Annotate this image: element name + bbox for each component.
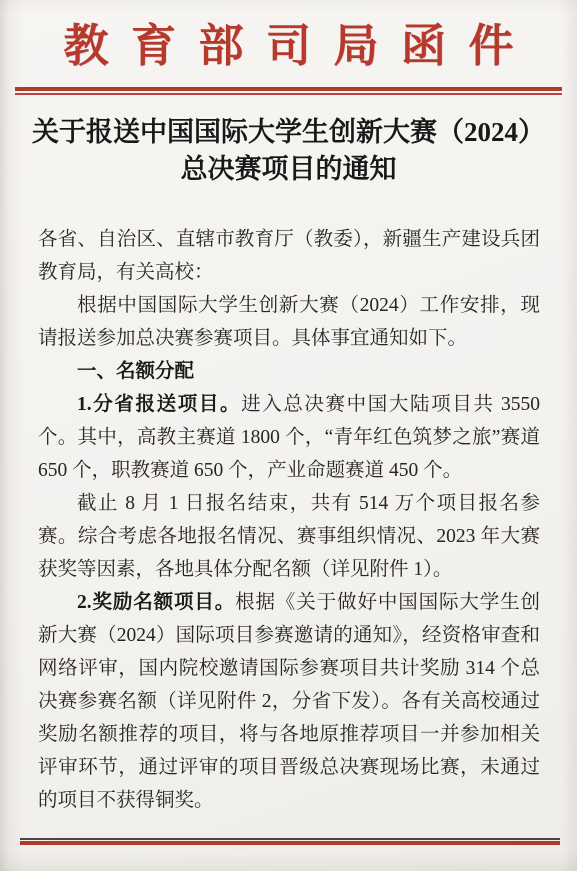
salutation-paragraph: 各省、自治区、直辖市教育厅（教委），新疆生产建设兵团教育局，有关高校： — [38, 223, 540, 289]
footer-rule — [20, 838, 560, 845]
item1-paragraph: 1.分省报送项目。进入总决赛中国大陆项目共 3550 个。其中，高教主赛道 18… — [38, 388, 540, 487]
intro-paragraph: 根据中国国际大学生创新大赛（2024）工作安排，现请报送参加总决赛参赛项目。具体… — [38, 289, 540, 355]
letterhead-rule-thin — [15, 93, 562, 95]
document-body: 各省、自治区、直辖市教育厅（教委），新疆生产建设兵团教育局，有关高校： 根据中国… — [38, 223, 540, 817]
item2-lead: 2.奖励名额项目。 — [77, 592, 235, 613]
document-title: 关于报送中国国际大学生创新大赛（2024） 总决赛项目的通知 — [0, 114, 577, 188]
item2-paragraph: 2.奖励名额项目。根据《关于做好中国国际大学生创新大赛（2024）国际项目参赛邀… — [38, 586, 540, 817]
document-title-line2: 总决赛项目的通知 — [0, 151, 577, 188]
item2-text: 根据《关于做好中国国际大学生创新大赛（2024）国际项目参赛邀请的通知》，经资格… — [38, 592, 540, 811]
letterhead-title: 教育部司局函件 — [0, 0, 577, 74]
letterhead-rule — [15, 87, 562, 95]
section-heading-1: 一、名额分配 — [38, 355, 540, 388]
footer-rule-dark — [20, 838, 560, 840]
document-page: 教育部司局函件 关于报送中国国际大学生创新大赛（2024） 总决赛项目的通知 各… — [0, 0, 577, 871]
letterhead-rule-thick — [15, 87, 562, 91]
footer-rule-red — [20, 841, 560, 845]
item1-paragraph-2: 截止 8 月 1 日报名结束，共有 514 万个项目报名参赛。综合考虑各地报名情… — [38, 487, 540, 586]
item1-lead: 1.分省报送项目。 — [77, 394, 241, 415]
document-title-line1: 关于报送中国国际大学生创新大赛（2024） — [0, 114, 577, 151]
